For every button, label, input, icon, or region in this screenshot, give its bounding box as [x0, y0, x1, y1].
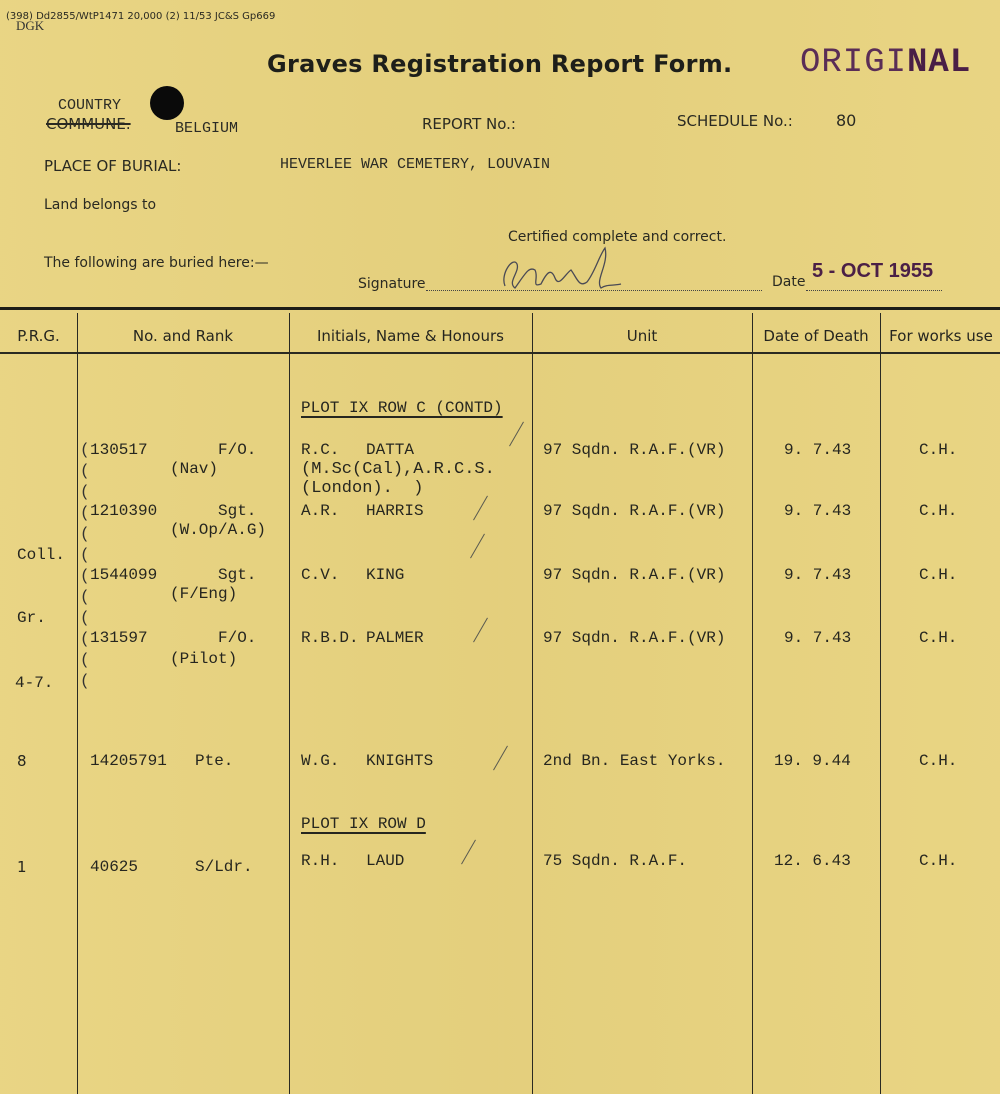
- column-divider: [532, 313, 533, 1094]
- country-label: COUNTRY: [58, 97, 121, 114]
- works-use: C.H.: [919, 441, 957, 459]
- rank: Sgt.: [218, 502, 256, 520]
- unit: 97 Sqdn. R.A.F.(VR): [543, 441, 725, 459]
- check-mark: [473, 618, 488, 643]
- rank: S/Ldr.: [195, 858, 253, 876]
- works-use: C.H.: [919, 852, 957, 870]
- check-mark: [470, 534, 485, 559]
- date-stamp-value: 5 - OCT 1955: [812, 260, 933, 283]
- surname: KNIGHTS: [366, 752, 433, 770]
- surname: HARRIS: [366, 502, 424, 520]
- column-header-number-rank: No. and Rank: [77, 327, 289, 345]
- date-of-death: 19. 9.44: [774, 752, 851, 770]
- trade: (Nav): [170, 460, 218, 478]
- column-divider: [289, 313, 290, 1094]
- date-of-death: 9. 7.43: [784, 566, 851, 584]
- honours-continued: (London). ): [301, 479, 423, 498]
- initials: R.H.: [301, 852, 339, 870]
- service-number: 14205791: [90, 752, 167, 770]
- service-number: 1210390: [90, 502, 157, 520]
- column-divider: [752, 313, 753, 1094]
- prg-coll: Coll.: [17, 546, 65, 564]
- commune-label-struck: COMMUNE.: [46, 115, 131, 133]
- handwritten-signature: [495, 244, 625, 294]
- schedule-no-label: SCHEDULE No.:: [677, 112, 793, 130]
- works-use: C.H.: [919, 629, 957, 647]
- rank: F/O.: [218, 629, 256, 647]
- stamp-suffix: NAL: [907, 44, 971, 82]
- initials: C.V.: [301, 566, 339, 584]
- plot-heading-row-c: PLOT IX ROW C (CONTD): [301, 399, 503, 417]
- service-number: 40625: [90, 858, 138, 876]
- grouping-bracket: ( ( ( ( ( ( ( ( ( ( ( (: [80, 440, 90, 692]
- prg-value: 1: [17, 858, 27, 876]
- print-reference: (398) Dd2855/WtP1471 20,000 (2) 11/53 JC…: [6, 11, 275, 22]
- original-stamp: ORIGINAL: [800, 44, 971, 82]
- prg-value: 8: [17, 752, 27, 770]
- surname: LAUD: [366, 852, 404, 870]
- check-mark: [509, 422, 524, 447]
- column-header-prg: P.R.G.: [0, 327, 77, 345]
- table-top-rule: [0, 307, 1000, 310]
- initials: A.R.: [301, 502, 339, 520]
- place-of-burial-label: PLACE OF BURIAL:: [44, 157, 181, 175]
- service-number: 130517: [90, 441, 148, 459]
- schedule-no-value: 80: [836, 111, 856, 130]
- works-use: C.H.: [919, 566, 957, 584]
- works-use: C.H.: [919, 502, 957, 520]
- report-no-label: REPORT No.:: [422, 115, 516, 133]
- trade: (F/Eng): [170, 585, 237, 603]
- works-use: C.H.: [919, 752, 957, 770]
- plot-heading-row-d: PLOT IX ROW D: [301, 815, 426, 833]
- date-of-death: 12. 6.43: [774, 852, 851, 870]
- date-line: [806, 290, 942, 291]
- date-label: Date: [772, 274, 805, 290]
- unit: 97 Sqdn. R.A.F.(VR): [543, 629, 725, 647]
- date-of-death: 9. 7.43: [784, 629, 851, 647]
- honours: (M.Sc(Cal),A.R.C.S.: [301, 460, 495, 479]
- surname: PALMER: [366, 629, 424, 647]
- column-header-unit: Unit: [532, 327, 752, 345]
- trade: (W.Op/A.G): [170, 521, 266, 539]
- initials: R.B.D.: [301, 629, 359, 647]
- service-number: 1544099: [90, 566, 157, 584]
- unit: 75 Sqdn. R.A.F.: [543, 852, 687, 870]
- surname: DATTA: [366, 441, 414, 459]
- rank: Pte.: [195, 752, 233, 770]
- column-divider: [880, 313, 881, 1094]
- date-of-death: 9. 7.43: [784, 502, 851, 520]
- trade: (Pilot): [170, 650, 237, 668]
- place-of-burial-value: HEVERLEE WAR CEMETERY, LOUVAIN: [280, 156, 550, 173]
- unit: 97 Sqdn. R.A.F.(VR): [543, 566, 725, 584]
- check-mark: [461, 840, 476, 865]
- punch-hole: [150, 86, 184, 120]
- header-bottom-rule: [0, 352, 1000, 354]
- column-divider: [77, 313, 78, 1094]
- check-mark: [493, 746, 508, 771]
- prg-gr: Gr.: [17, 609, 46, 627]
- country-value: BELGIUM: [175, 120, 238, 137]
- initials: W.G.: [301, 752, 339, 770]
- signature-label: Signature: [358, 276, 426, 292]
- surname: KING: [366, 566, 404, 584]
- date-of-death: 9. 7.43: [784, 441, 851, 459]
- stamp-prefix: ORIGI: [800, 44, 907, 82]
- check-mark: [473, 496, 488, 521]
- column-header-works-use: For works use: [880, 327, 1000, 345]
- initials: R.C.: [301, 441, 339, 459]
- prg-range: 4-7.: [15, 674, 53, 692]
- land-belongs-label: Land belongs to: [44, 197, 156, 213]
- initials-stamp: DGK: [16, 18, 44, 34]
- rank: F/O.: [218, 441, 256, 459]
- column-header-name: Initials, Name & Honours: [289, 327, 532, 345]
- unit: 2nd Bn. East Yorks.: [543, 752, 725, 770]
- certified-label: Certified complete and correct.: [508, 229, 726, 245]
- column-header-date-of-death: Date of Death: [752, 327, 880, 345]
- unit: 97 Sqdn. R.A.F.(VR): [543, 502, 725, 520]
- page-title: Graves Registration Report Form.: [267, 50, 732, 78]
- buried-here-label: The following are buried here:—: [44, 255, 269, 271]
- rank: Sgt.: [218, 566, 256, 584]
- service-number: 131597: [90, 629, 148, 647]
